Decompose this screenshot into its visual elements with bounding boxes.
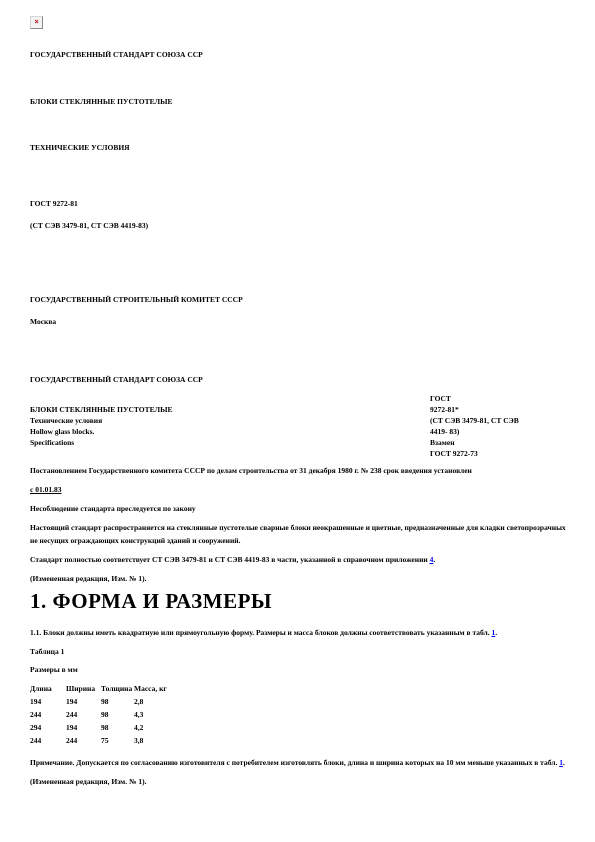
city-line: Москва	[30, 315, 570, 328]
cell-mass: 3,8	[134, 734, 194, 747]
clause-1-1: 1.1. Блоки должны иметь квадратную или п…	[30, 626, 570, 639]
document-page: × ГОСУДАРСТВЕННЫЙ СТАНДАРТ СОЮЗА ССР БЛО…	[0, 0, 595, 842]
cell-mass: 4,3	[134, 708, 194, 721]
cell-mass: 2,8	[134, 695, 194, 708]
sev-references: (СТ СЭВ 3479-81, СТ СЭВ 4419-83)	[30, 219, 570, 232]
title-block-subtitle-en: Specifications	[30, 437, 172, 448]
cell-width: 244	[66, 734, 101, 747]
col-header-width: Ширина	[66, 682, 101, 695]
note-suffix: .	[563, 758, 565, 767]
sev-ref-line2: 4419- 83)	[430, 426, 570, 437]
committee-line: ГОСУДАРСТВЕННЫЙ СТРОИТЕЛЬНЫЙ КОМИТЕТ ССС…	[30, 293, 570, 306]
scope-paragraph: Настоящий стандарт распространяется на с…	[30, 521, 570, 547]
compliance-text: Стандарт полностью соответствует СТ СЭВ …	[30, 555, 430, 564]
note-text: Примечание. Допускается по согласованию …	[30, 758, 559, 767]
table-row: 194 194 98 2,8	[30, 695, 194, 708]
sev-ref-line1: (СТ СЭВ 3479-81, СТ СЭВ	[430, 415, 570, 426]
cell-thickness: 75	[101, 734, 134, 747]
title-block-left: БЛОКИ СТЕКЛЯННЫЕ ПУСТОТЕЛЫЕ Технические …	[30, 404, 172, 448]
title-block-right: ГОСТ 9272-81* (СТ СЭВ 3479-81, СТ СЭВ 44…	[430, 393, 570, 459]
amendment-note-1: (Измененная редакция, Изм. № 1).	[30, 572, 570, 585]
effective-date: с 01.01.83	[30, 483, 570, 496]
document-title: БЛОКИ СТЕКЛЯННЫЕ ПУСТОТЕЛЫЕ	[30, 95, 570, 108]
col-header-length: Длина	[30, 682, 66, 695]
compliance-paragraph: Стандарт полностью соответствует СТ СЭВ …	[30, 553, 570, 566]
title-block-subtitle-ru: Технические условия	[30, 415, 172, 426]
cell-width: 194	[66, 695, 101, 708]
title-block: БЛОКИ СТЕКЛЯННЫЕ ПУСТОТЕЛЫЕ Технические …	[30, 393, 570, 459]
table-row: 294 194 98 4,2	[30, 721, 194, 734]
cell-thickness: 98	[101, 708, 134, 721]
units-note: Размеры в мм	[30, 663, 570, 676]
decree-paragraph: Постановлением Государственного комитета…	[30, 464, 570, 477]
cell-length: 244	[30, 734, 66, 747]
clause-1-1-suffix: .	[495, 628, 497, 637]
compliance-suffix: .	[433, 555, 435, 564]
cell-thickness: 98	[101, 695, 134, 708]
law-notice: Несоблюдение стандарта преследуется по з…	[30, 502, 570, 515]
standard-caps-line: ГОСУДАРСТВЕННЫЙ СТАНДАРТ СОЮЗА ССР	[30, 48, 570, 61]
col-header-thickness: Толщина	[101, 682, 134, 695]
section-1-heading: 1. ФОРМА И РАЗМЕРЫ	[30, 589, 570, 613]
replaces-label: Взамен	[430, 437, 570, 448]
gost-number-star: 9272-81*	[430, 404, 570, 415]
document-subtitle: ТЕХНИЧЕСКИЕ УСЛОВИЯ	[30, 141, 570, 154]
cell-length: 294	[30, 721, 66, 734]
amendment-note-2: (Измененная редакция, Изм. № 1).	[30, 775, 570, 788]
cell-width: 194	[66, 721, 101, 734]
table-row: 244 244 75 3,8	[30, 734, 194, 747]
gost-label: ГОСТ	[430, 393, 570, 404]
cell-width: 244	[66, 708, 101, 721]
cell-length: 244	[30, 708, 66, 721]
replaced-gost: ГОСТ 9272-73	[430, 448, 570, 459]
gost-number: ГОСТ 9272-81	[30, 197, 570, 210]
note-paragraph: Примечание. Допускается по согласованию …	[30, 756, 570, 769]
cell-mass: 4,2	[134, 721, 194, 734]
table-row: 244 244 98 4,3	[30, 708, 194, 721]
clause-1-1-text: 1.1. Блоки должны иметь квадратную или п…	[30, 628, 492, 637]
cell-length: 194	[30, 695, 66, 708]
title-block-name-ru: БЛОКИ СТЕКЛЯННЫЕ ПУСТОТЕЛЫЕ	[30, 404, 172, 415]
table-caption: Таблица 1	[30, 645, 570, 658]
size-table: Длина Ширина Толщина Масса, кг 194 194 9…	[30, 682, 194, 747]
cell-thickness: 98	[101, 721, 134, 734]
col-header-mass: Масса, кг	[134, 682, 194, 695]
table-header-row: Длина Ширина Толщина Масса, кг	[30, 682, 194, 695]
broken-image-icon: ×	[30, 16, 43, 29]
title-block-name-en: Hollow glass blocks.	[30, 426, 172, 437]
standard-caps-line-2: ГОСУДАРСТВЕННЫЙ СТАНДАРТ СОЮЗА ССР	[30, 373, 570, 386]
